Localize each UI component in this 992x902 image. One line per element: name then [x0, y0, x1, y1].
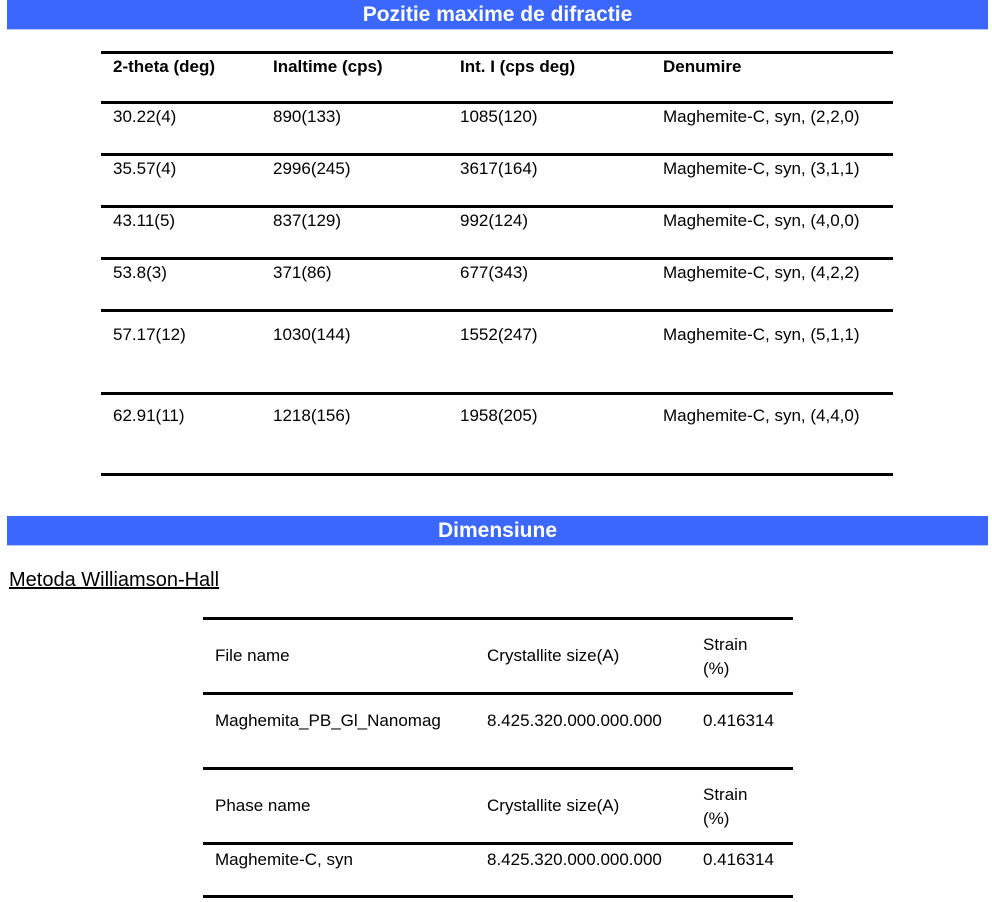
table-row: Maghemita_PB_Gl_Nanomag 8.425.320.000.00… [203, 694, 793, 769]
column-header: Denumire [651, 53, 893, 103]
cell-2theta: 57.17(12) [101, 311, 261, 394]
cell-height: 1218(156) [261, 394, 448, 475]
cell-intensity: 1552(247) [448, 311, 651, 394]
table-row: 62.91(11) 1218(156) 1958(205) Maghemite-… [101, 394, 893, 475]
cell-intensity: 1958(205) [448, 394, 651, 475]
cell-height: 837(129) [261, 207, 448, 259]
column-header: Crystallite size(A) [475, 769, 691, 844]
column-header: Phase name [203, 769, 475, 844]
cell-2theta: 35.57(4) [101, 155, 261, 207]
cell-height: 1030(144) [261, 311, 448, 394]
strain-unit: (%) [703, 807, 793, 831]
cell-strain: 0.416314 [691, 844, 793, 897]
method-heading: Metoda Williamson-Hall [9, 569, 219, 592]
diffraction-peaks-table: 2-theta (deg) Inaltime (cps) Int. I (cps… [101, 51, 893, 476]
table-row: 43.11(5) 837(129) 992(124) Maghemite-C, … [101, 207, 893, 259]
column-header: Inaltime (cps) [261, 53, 448, 103]
table-row: Maghemite-C, syn 8.425.320.000.000.000 0… [203, 844, 793, 897]
cell-file-name: Maghemita_PB_Gl_Nanomag [203, 694, 475, 769]
strain-label: Strain [703, 783, 793, 807]
section-header-dimension: Dimensiune [7, 516, 988, 546]
table-row: 57.17(12) 1030(144) 1552(247) Maghemite-… [101, 311, 893, 394]
cell-height: 2996(245) [261, 155, 448, 207]
column-header: Crystallite size(A) [475, 619, 691, 694]
table-header-row: Phase name Crystallite size(A) Strain (%… [203, 769, 793, 844]
cell-name: Maghemite-C, syn, (4,4,0) [651, 394, 893, 475]
cell-height: 890(133) [261, 103, 448, 155]
column-header: 2-theta (deg) [101, 53, 261, 103]
cell-name: Maghemite-C, syn, (2,2,0) [651, 103, 893, 155]
cell-2theta: 43.11(5) [101, 207, 261, 259]
table-row: 53.8(3) 371(86) 677(343) Maghemite-C, sy… [101, 259, 893, 311]
cell-intensity: 3617(164) [448, 155, 651, 207]
cell-intensity: 677(343) [448, 259, 651, 311]
strain-unit: (%) [703, 657, 793, 681]
cell-name: Maghemite-C, syn, (4,2,2) [651, 259, 893, 311]
table-row: 30.22(4) 890(133) 1085(120) Maghemite-C,… [101, 103, 893, 155]
table-header-row: File name Crystallite size(A) Strain (%) [203, 619, 793, 694]
section-header-diffraction: Pozitie maxime de difractie [7, 0, 988, 30]
column-header: File name [203, 619, 475, 694]
cell-2theta: 62.91(11) [101, 394, 261, 475]
column-header: Int. I (cps deg) [448, 53, 651, 103]
table-row: 35.57(4) 2996(245) 3617(164) Maghemite-C… [101, 155, 893, 207]
cell-name: Maghemite-C, syn, (3,1,1) [651, 155, 893, 207]
cell-intensity: 992(124) [448, 207, 651, 259]
cell-name: Maghemite-C, syn, (5,1,1) [651, 311, 893, 394]
williamson-hall-table: File name Crystallite size(A) Strain (%)… [203, 617, 793, 898]
cell-intensity: 1085(120) [448, 103, 651, 155]
column-header: Strain (%) [691, 619, 793, 694]
cell-2theta: 53.8(3) [101, 259, 261, 311]
cell-strain: 0.416314 [691, 694, 793, 769]
cell-phase-name: Maghemite-C, syn [203, 844, 475, 897]
cell-height: 371(86) [261, 259, 448, 311]
cell-crystallite-size: 8.425.320.000.000.000 [475, 694, 691, 769]
strain-label: Strain [703, 633, 793, 657]
cell-2theta: 30.22(4) [101, 103, 261, 155]
table-header-row: 2-theta (deg) Inaltime (cps) Int. I (cps… [101, 53, 893, 103]
column-header: Strain (%) [691, 769, 793, 844]
cell-name: Maghemite-C, syn, (4,0,0) [651, 207, 893, 259]
cell-crystallite-size: 8.425.320.000.000.000 [475, 844, 691, 897]
